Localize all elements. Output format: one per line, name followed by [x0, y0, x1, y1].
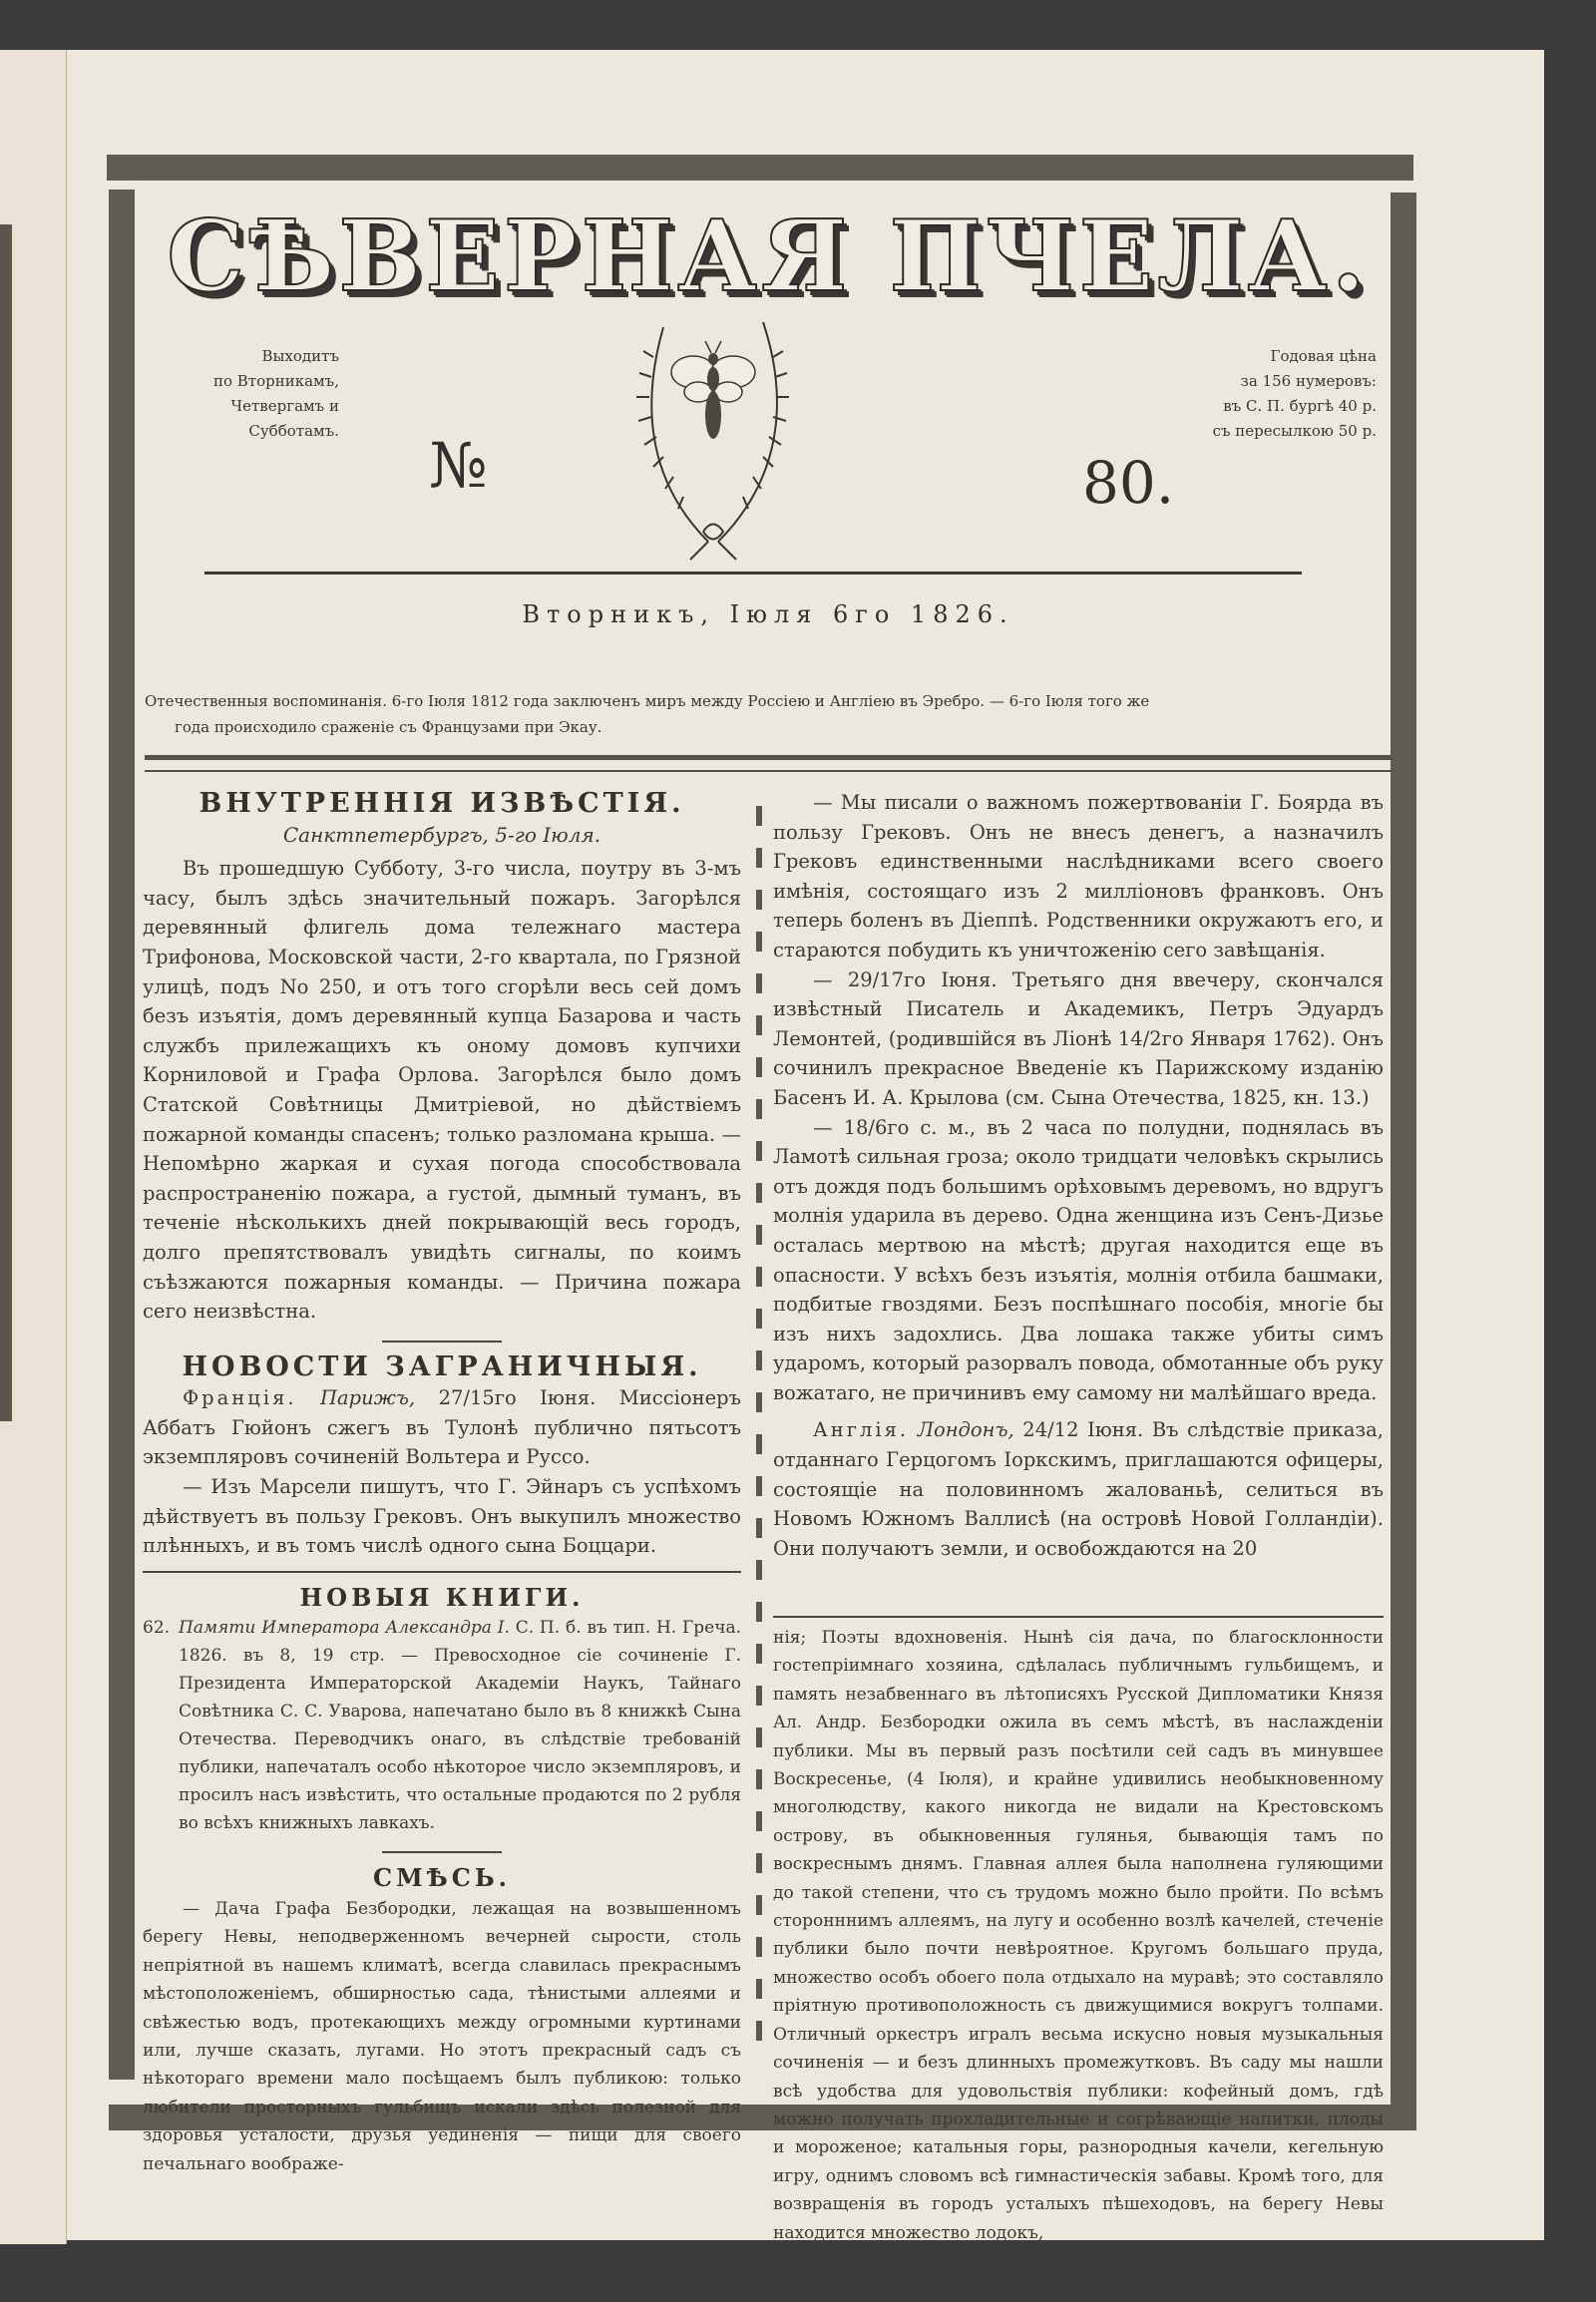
right-column: — Мы писали о важномъ пожертвованіи Г. Б…: [773, 788, 1384, 1563]
schedule-line: Субботамъ.: [165, 419, 339, 444]
continuation-rule: [773, 1616, 1384, 1618]
article-paragraph: — Изъ Марсели пишутъ, что Г. Эйнаръ съ у…: [143, 1472, 741, 1561]
article-paragraph: Въ прошедшую Субботу, 3-го числа, поутру…: [143, 854, 741, 1327]
memo-line: Отечественныя воспоминанія. 6-го Іюля 18…: [145, 692, 1149, 710]
section-heading-miscellany: СМѢСЬ.: [143, 1863, 741, 1893]
article-paragraph: Франція. Парижъ, 27/15го Іюня. Миссіонер…: [143, 1383, 741, 1472]
price-line: въ С. П. бургѣ 40 р.: [1162, 394, 1377, 419]
subscription-price: Годовая цѣна за 156 нумеровъ: въ С. П. б…: [1162, 344, 1377, 444]
price-line: за 156 нумеровъ:: [1162, 369, 1377, 394]
frame-right: [1391, 192, 1416, 2112]
previous-page-frame-rule: [0, 224, 12, 1421]
article-paragraph: — Дача Графа Безбородки, лежащая на возв…: [143, 1895, 741, 2178]
section-separator: [382, 1341, 502, 1343]
scan-background-top: [0, 0, 1596, 52]
book-number: 62.: [143, 1614, 179, 1642]
article-paragraph: — 29/17го Іюня. Третьяго дня ввечеру, ск…: [773, 965, 1384, 1113]
previous-page-edge: [0, 50, 67, 2244]
section-separator: [382, 1851, 502, 1853]
number-sign: №: [429, 429, 488, 502]
bee-wreath-icon: [623, 317, 803, 567]
left-column: ВНУТРЕННІЯ ИЗВѢСТІЯ. Санктпетербургъ, 5-…: [143, 781, 741, 2178]
masthead-rule: [204, 572, 1302, 575]
masthead: СѢВЕРНАЯ ПЧЕЛА.: [140, 199, 1396, 314]
section-heading-foreign-news: НОВОСТИ ЗАГРАНИЧНЫЯ.: [143, 1352, 741, 1382]
memo-line: года происходило сраженіе съ Французами …: [145, 714, 1392, 740]
price-line: Годовая цѣна: [1162, 344, 1377, 369]
issue-dateline: Вторникъ, Іюля 6го 1826.: [140, 600, 1396, 628]
frame-left: [109, 190, 135, 2080]
section-separator: [143, 1571, 741, 1573]
city-label: Парижъ,: [320, 1386, 415, 1409]
country-label: Франція.: [183, 1386, 297, 1409]
header-double-rule: [145, 755, 1392, 772]
article-paragraph: — 18/6го с. м., въ 2 часа по полудни, по…: [773, 1113, 1384, 1408]
city-label: Лондонъ,: [918, 1418, 1014, 1441]
schedule-line: Выходитъ: [165, 344, 339, 369]
book-description: С. П. б. въ тип. Н. Греча. 1826. въ 8, 1…: [179, 1618, 741, 1833]
publication-schedule: Выходитъ по Вторникамъ, Четвергамъ и Суб…: [165, 344, 339, 444]
issue-number: 80.: [1082, 449, 1174, 517]
frame-top: [107, 155, 1413, 181]
schedule-line: Четвергамъ и: [165, 394, 339, 419]
newspaper-title: СѢВЕРНАЯ ПЧЕЛА.: [140, 199, 1396, 314]
schedule-line: по Вторникамъ,: [165, 369, 339, 394]
book-title: Памяти Императора Александра I.: [179, 1618, 510, 1638]
article-paragraph: — Мы писали о важномъ пожертвованіи Г. Б…: [773, 788, 1384, 965]
article-paragraph: нія; Поэты вдохновенія. Нынѣ сія дача, п…: [773, 1624, 1384, 2247]
scan-background-right: [1544, 0, 1596, 2302]
country-label: Англія.: [813, 1418, 909, 1441]
right-column-continuation: нія; Поэты вдохновенія. Нынѣ сія дача, п…: [773, 1624, 1384, 2247]
article-paragraph: Англія. Лондонъ, 24/12 Іюня. Въ слѣдстві…: [773, 1415, 1384, 1563]
book-entry: 62.Памяти Императора Александра I. С. П.…: [143, 1614, 741, 1837]
section-heading-new-books: НОВЫЯ КНИГИ.: [143, 1583, 741, 1613]
column-divider: [756, 788, 762, 2055]
scan-background-bottom: [0, 2240, 1596, 2302]
price-line: съ пересылкою 50 р.: [1162, 419, 1377, 444]
section-dateline: Санктпетербургъ, 5-го Іюля.: [143, 821, 741, 851]
book-listing: 62.Памяти Императора Александра I. С. П.…: [143, 1614, 741, 1837]
patriotic-memories: Отечественныя воспоминанія. 6-го Іюля 18…: [145, 688, 1392, 740]
section-heading-domestic-news: ВНУТРЕННІЯ ИЗВѢСТІЯ.: [143, 789, 741, 819]
